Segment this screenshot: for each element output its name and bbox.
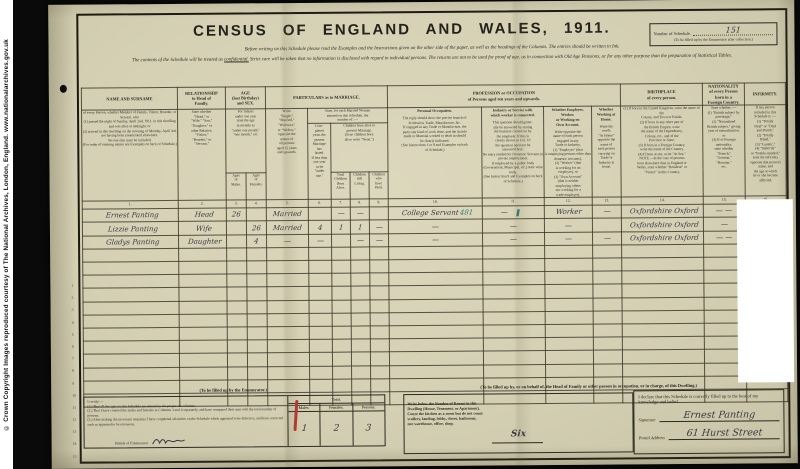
col-age-title: AGE (last Birthday) and SEX. [225,87,265,110]
cell-years: — [309,234,332,247]
cell-home: — [593,232,622,245]
empty-cell [352,365,371,378]
empty-cell [247,261,267,274]
empty-cell [545,351,593,365]
empty-cell [332,352,351,365]
copyright-strip: © Crown Copyright Images reproduced cour… [0,0,13,469]
empty-cell [370,326,389,339]
empty-cell [483,285,545,299]
cell-age-m [226,235,246,248]
empty-cell [84,367,180,381]
cell-marriage: Married [266,221,308,235]
empty-cell [83,248,179,262]
col-num: 6. [308,200,331,208]
cell-employment: — [544,219,592,233]
industry-desc: Industry or Service with which worker is… [482,107,545,198]
empty-cell [351,247,370,260]
empty-cell [228,366,248,379]
birthplace-desc: (1) If born in the United Kingdom, write… [621,106,704,198]
empty-cell [227,314,247,327]
enumerator-initials-line: Initials of Enumerator [115,436,186,447]
row-number: 1 [71,280,75,292]
row-numbers: 123456789101112131415 [71,280,76,463]
empty-cell [351,313,370,326]
row-number: 5 [72,328,76,340]
empty-cell [593,350,622,363]
empty-cell [389,246,483,260]
empty-cell [227,340,247,353]
col-num: 8. [350,199,369,207]
cell-relationship: Wife [178,222,226,236]
empty-cell [389,299,483,313]
empty-cell [390,365,484,379]
empty-cell [267,300,309,314]
enumerator-initials-signature [151,436,185,446]
children-died-label: Children who have Died. [369,171,388,199]
empty-cell [483,351,545,365]
employment-desc: Whether Employer, Worker, or Working on … [544,107,593,198]
empty-cell [83,288,179,302]
empty-cell [593,284,622,297]
census-table-body: Ernest Panting Head 26 Married — — Colle… [82,204,788,407]
rooms-box: Write below the Number of Rooms in this … [403,392,633,454]
empty-cell [593,271,622,284]
empty-cell [309,313,332,326]
empty-cell [227,353,247,366]
empty-cell [309,260,332,273]
cell-born: — [331,207,350,220]
declaration-text: I declare that this Schedule is correctl… [638,393,758,404]
cell-industry: — [483,232,545,246]
row-number: 7 [72,353,76,365]
cell-age-m: 26 [226,208,246,221]
totals-males-label: Males. [288,404,320,411]
empty-cell [622,336,704,350]
cell-home: — [592,205,621,218]
empty-cell [309,300,332,313]
empty-cell [545,271,593,285]
cell-age-f: 26 [246,221,266,234]
totals-persons-value: 3 [353,411,385,445]
totals-females-value: 2 [321,412,354,446]
instruction-line-2: The contents of the Schedule will be tre… [79,53,786,65]
empty-cell [83,341,179,355]
empty-cell [247,287,267,300]
empty-cell [179,261,227,275]
empty-cell [545,337,593,351]
empty-cell [332,247,351,260]
empty-cell [309,339,332,352]
empty-cell [247,300,267,313]
declaration-box: I declare that this Schedule is correctl… [633,389,784,454]
empty-cell [389,325,483,339]
empty-cell [83,261,179,275]
empty-cell [332,260,351,273]
empty-cell [267,274,309,288]
cell-industry: — [482,219,544,233]
empty-cell [483,311,545,325]
empty-cell [227,287,247,300]
empty-cell [483,298,545,312]
empty-cell [370,339,389,352]
cell-living: — [350,207,369,220]
empty-cell [370,313,389,326]
empty-cell [351,326,370,339]
page-title: CENSUS OF ENGLAND AND WALES, 1911. [78,19,725,41]
col-num: 4. [246,200,266,208]
ages-males-label: Ages of Males. [226,173,246,201]
empty-cell [227,274,247,287]
empty-cell [593,337,622,350]
row-number: 14 [73,438,77,450]
cell-home [592,218,621,231]
empty-cell [545,324,593,338]
paper-hole-mark [60,85,67,93]
empty-cell [267,326,309,340]
empty-cell [483,338,545,352]
signature-value: Ernest Panting [659,409,779,422]
empty-cell [247,274,267,287]
empty-cell [351,273,370,286]
empty-cell [267,353,309,367]
empty-cell [545,311,593,325]
empty-cell [593,311,622,324]
empty-cell [545,258,593,272]
empty-cell [370,247,389,260]
empty-cell [83,327,179,341]
empty-cell [622,323,704,337]
relationship-desc: State whether "Head," or "Wife," "Son," … [178,109,227,200]
empty-cell [179,327,227,341]
row-number: 13 [72,426,76,438]
row-number: 6 [72,341,76,353]
cell-marriage: Married [266,208,308,222]
empty-cell [389,272,483,286]
totals-table: Total. Males. Females. Persons. 1 2 3 [287,395,384,446]
cell-living: 1 [350,220,369,233]
cell-age-m [226,221,246,234]
census-table: NAME AND SURNAME RELATIONSHIP to Head of… [81,82,789,408]
cell-relationship: Daughter [179,235,227,249]
scanned-census-page: © Crown Copyright Images reproduced cour… [0,0,800,469]
empty-cell [179,248,227,262]
infirmity-desc: If any person included in this Schedule … [745,105,787,196]
empty-cell [622,284,704,298]
totals-females-label: Females. [321,404,353,411]
empty-cell [593,324,622,337]
empty-cell [389,351,483,365]
empty-cell [545,298,593,312]
empty-cell [622,297,704,311]
empty-cell [179,287,227,301]
empty-cell [83,275,179,289]
empty-cell [309,247,332,260]
empty-cell [622,271,704,285]
cell-name: Lizzie Panting [82,222,178,236]
empty-cell [179,353,227,367]
name-desc: of every Person, whether Member of Famil… [82,110,179,202]
census-form-paper: Number of Schedule. 151 (To be filled up… [48,0,798,469]
empty-cell [351,339,370,352]
empty-cell [623,363,705,377]
empty-cell [389,259,483,273]
empty-cell [370,260,389,273]
empty-cell [370,352,389,365]
cell-name: Gladys Panting [83,235,179,249]
enumerator-box: I certify:— (1.) That all the ages on th… [83,394,385,448]
cell-employment: Worker [544,205,592,219]
empty-cell [351,260,370,273]
col-relationship-title: RELATIONSHIP to Head of Family. [177,87,225,110]
empty-cell [622,310,704,324]
empty-cell [267,260,309,274]
rooms-value: Six [492,430,545,444]
postal-address-label: Postal Address [639,435,665,440]
empty-cell [546,364,594,378]
cell-occupation: College Servant 481 [388,206,482,220]
empty-cell [179,314,227,328]
empty-cell [593,298,622,311]
empty-cell [309,273,332,286]
schedule-number-note: (To be filled up by the Enumerator after… [653,37,773,42]
cell-birthplace: Oxfordshire Oxford [621,205,703,219]
empty-cell [483,325,545,339]
empty-cell [179,274,227,288]
empty-cell [351,352,370,365]
row-number: 4 [72,316,76,328]
empty-cell [179,301,227,315]
cell-marriage: — [267,234,309,248]
postal-address-value: 61 Hurst Street [669,427,780,440]
empty-cell [179,340,227,354]
at-home-desc: Whether Working at Home.Write the words … [592,106,622,197]
row-number: 15 [73,450,77,462]
schedule-number-value: 151 [693,25,774,36]
cell-born [332,234,351,247]
enumerator-certify-text: I certify:— (1.) That all the ages on th… [84,396,287,448]
cell-occupation: — [388,220,482,234]
col-num: 3. [226,200,246,208]
empty-cell [248,366,268,379]
col-infirmity-title: INFIRMITY. [744,83,785,106]
col-num: 7. [331,199,350,207]
empty-cell [351,286,370,299]
empty-cell [370,299,389,312]
empty-cell [333,366,352,379]
col-birthplace-title: BIRTHPLACE of every person. [620,83,702,106]
empty-cell [247,314,267,327]
row-number: 2 [71,292,75,304]
empty-cell [267,313,309,327]
green-ink-mark [510,209,526,216]
printed-border-frame: Number of Schedule. 151 (To be filled up… [76,8,791,464]
empty-cell [247,353,267,366]
empty-cell [83,301,179,315]
empty-cell [622,244,704,258]
empty-cell [370,286,389,299]
empty-cell [593,245,622,258]
empty-cell [483,245,545,259]
empty-cell [622,257,704,271]
schedule-number-label: Number of Schedule. [653,31,690,36]
cell-died [369,207,388,220]
empty-cell [332,313,351,326]
empty-cell [545,245,593,259]
empty-cell [247,340,267,353]
empty-cell [267,247,309,261]
empty-cell [332,286,351,299]
empty-cell [593,258,622,271]
empty-cell [389,312,483,326]
empty-cell [247,248,267,261]
cell-years [308,208,331,221]
empty-cell [332,300,351,313]
married-woman-desc: State, for each Married Woman entered on… [308,108,388,123]
infirmity-column-redaction [737,199,794,382]
cell-name: Ernest Panting [82,209,178,223]
cell-died: — [369,220,388,233]
cell-died: — [370,233,389,246]
nationality-desc: State whether :— (1) "British subject by… [703,105,746,196]
empty-cell [83,314,179,328]
age-desc: For Infants under one year state the age… [226,109,267,173]
empty-cell [247,327,267,340]
empty-cell [483,259,545,273]
empty-cell [389,338,483,352]
cell-occupation: — [389,233,483,247]
totals-persons-label: Persons. [353,403,384,410]
row-number: 10 [72,389,76,401]
empty-cell [332,326,351,339]
col-name-title: NAME AND SURNAME [81,87,177,110]
cell-years: 4 [308,221,331,234]
marriage-status-desc: Write "Single," "Married," "Widower," or… [266,109,309,200]
empty-cell [227,248,247,261]
col-profession-title: PROFESSION or OCCUPATION of Persons aged… [387,84,620,108]
empty-cell [370,273,389,286]
empty-cell [310,366,333,379]
row-number: 8 [72,365,76,377]
row-number: 9 [72,377,76,389]
occupation-desc: Personal Occupation.The reply should sho… [388,107,483,199]
cell-birthplace: Oxfordshire Oxford [621,218,703,232]
copyright-text: © Crown Copyright Images reproduced cour… [3,39,10,431]
cell-employment: — [545,232,593,246]
cell-born: 1 [331,221,350,234]
empty-cell [227,300,247,313]
empty-cell [309,326,332,339]
row-number: 3 [72,304,76,316]
empty-cell [351,300,370,313]
col-num: 13. [592,197,621,205]
empty-cell [267,340,309,354]
empty-cell [309,353,332,366]
col-marriage-title: PARTICULARS as to MARRIAGE. [265,86,387,109]
empty-cell [483,272,545,286]
ages-females-label: Ages of Females. [246,172,266,200]
rooms-instruction: Write below the Number of Rooms in this … [407,402,482,427]
empty-cell [371,365,390,378]
initials-label: Initials of Enumerator [115,441,149,446]
children-living-label: Children still Living. [350,172,369,200]
schedule-number-box: Number of Schedule. 151 (To be filled up… [649,22,777,46]
cell-birthplace: Oxfordshire Oxford [622,231,704,245]
empty-cell [623,350,705,364]
cell-age-f: 4 [246,234,266,247]
empty-cell [484,364,546,378]
empty-cell [332,339,351,352]
signature-label: Signature [638,417,655,422]
empty-cell [332,273,351,286]
empty-cell [268,366,310,380]
children-total-label: Total Children Born Alive. [331,172,350,200]
empty-cell [389,285,483,299]
empty-cell [227,261,247,274]
confidential-word: confidential. [224,57,249,62]
empty-cell [267,287,309,301]
col-num: 9. [369,199,388,207]
empty-cell [545,285,593,299]
occupation-code-annotation: 481 [460,209,474,217]
row-number: 11 [72,402,76,414]
empty-cell [180,367,228,381]
empty-cell [83,354,179,368]
row-number: 12 [72,414,76,426]
children-desc: Children born alive to present Marriage.… [331,123,388,172]
cell-age-f [246,208,266,221]
years-married-desc: Com- pleted years the present Marriage h… [308,123,332,199]
empty-cell [227,327,247,340]
cell-relationship: Head [178,208,226,222]
cell-industry: — [482,206,544,220]
col-nationality-title: NATIONALITY of every Person born in a Fo… [702,83,744,106]
empty-cell [594,363,623,376]
cell-living: — [351,234,370,247]
empty-cell [309,287,332,300]
